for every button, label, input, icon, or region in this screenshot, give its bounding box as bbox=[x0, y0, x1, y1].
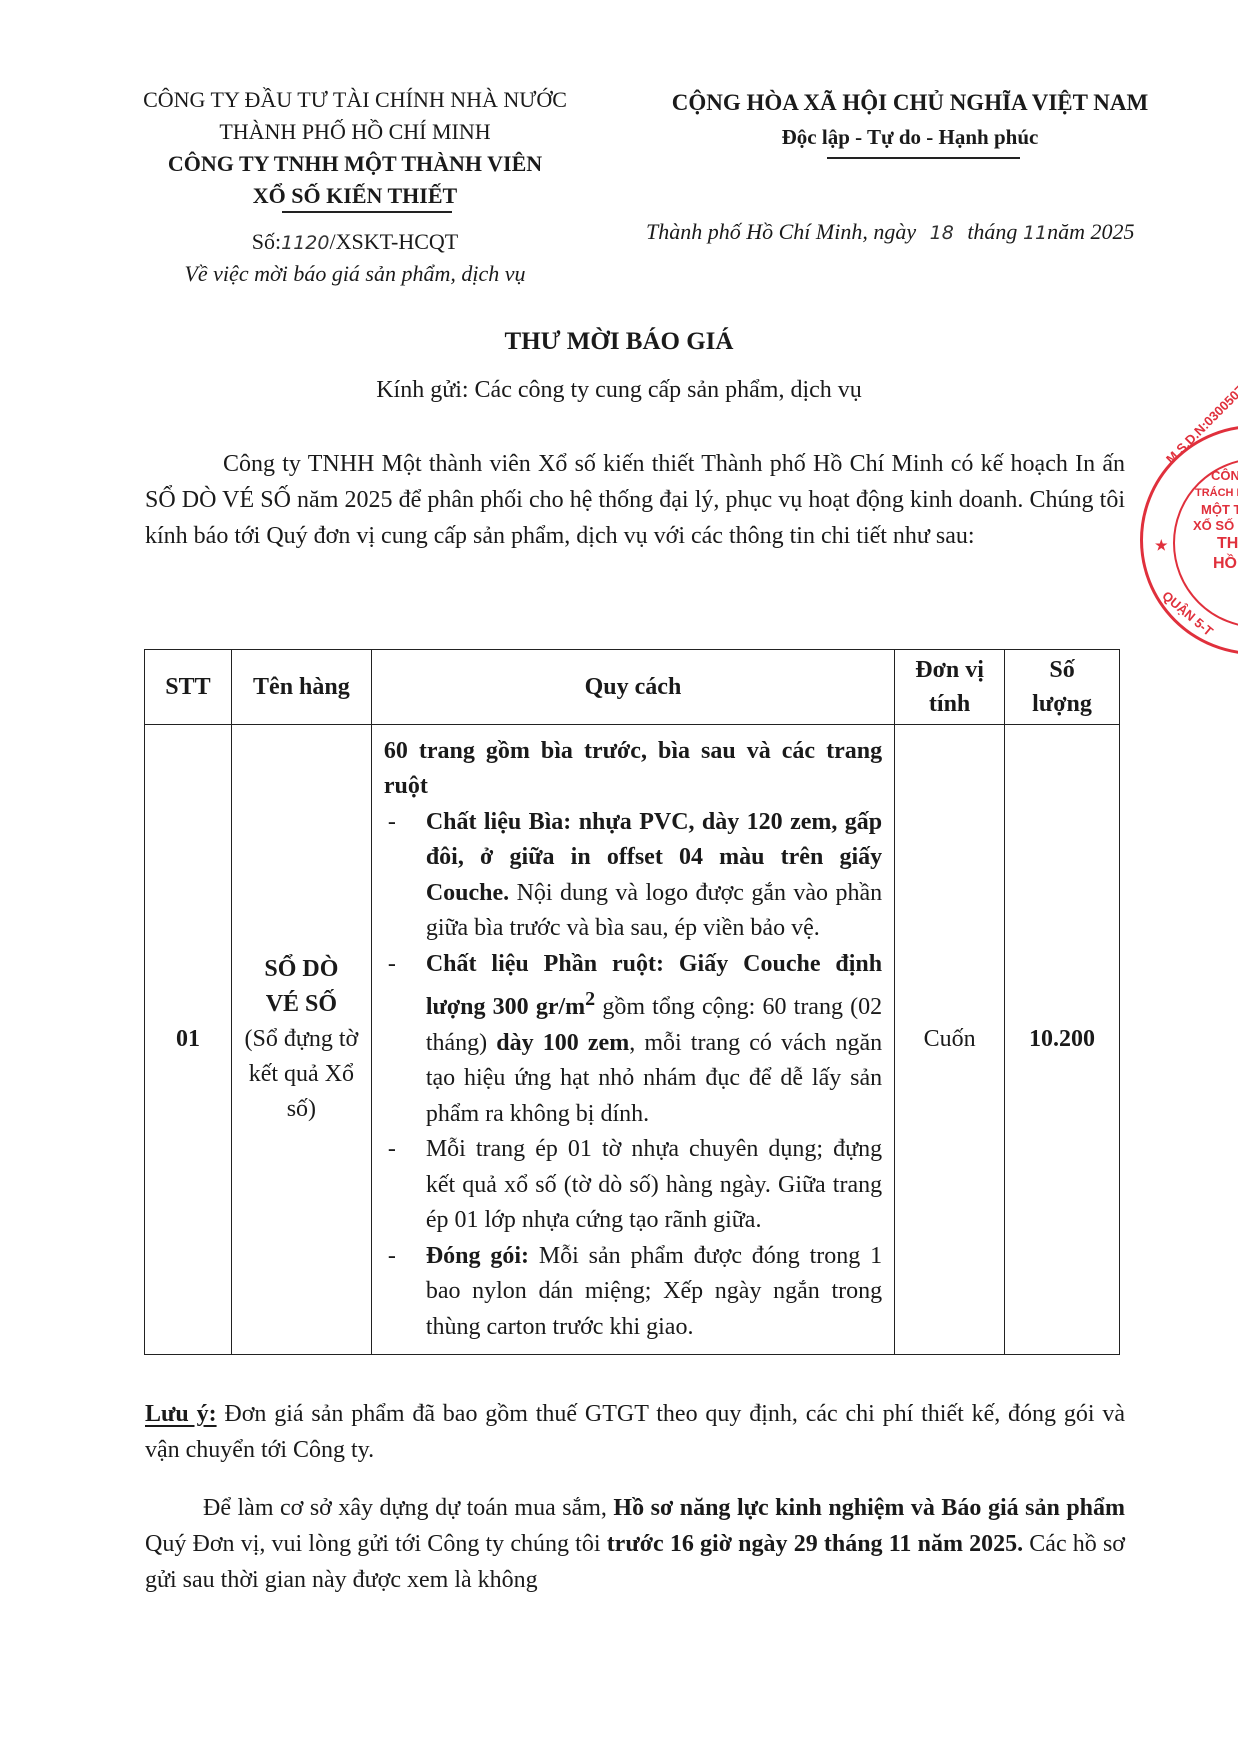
col-qty: Sốlượng bbox=[1005, 650, 1120, 725]
col-unit-line-2: tính bbox=[903, 687, 996, 721]
spec-item: Mỗi trang ép 01 tờ nhựa chuyên dụng; đựn… bbox=[384, 1132, 882, 1239]
closing-text-1: Để làm cơ sở xây dựng dự toán mua sắm, bbox=[203, 1495, 613, 1521]
intro-paragraph: Công ty TNHH Một thành viên Xổ số kiến t… bbox=[145, 446, 1125, 554]
subject-line: Về việc mời báo giá sản phẩm, dịch vụ bbox=[110, 258, 600, 290]
spec-item: Chất liệu Phần ruột: Giấy Couche định lư… bbox=[384, 947, 882, 1133]
col-stt: STT bbox=[145, 650, 232, 725]
seal-line-2: TRÁCH NHIỆ bbox=[1195, 486, 1238, 501]
col-unit: Đơn vịtính bbox=[895, 650, 1005, 725]
number-suffix: /XSKT-HCQT bbox=[329, 229, 458, 254]
col-qty-line-1: Số bbox=[1013, 653, 1111, 687]
issuer-underline bbox=[282, 211, 452, 213]
row-unit: Cuốn bbox=[895, 725, 1005, 1355]
note-text: Đơn giá sản phẩm đã bao gồm thuế GTGT th… bbox=[145, 1401, 1125, 1463]
product-note: (Sổ đựng tờ kết quả Xổ số) bbox=[240, 1022, 363, 1127]
company-name-2: XỔ SỐ KIẾN THIẾT bbox=[110, 180, 600, 212]
product-name-1: SỔ DÒ bbox=[240, 952, 363, 987]
col-name: Tên hàng bbox=[231, 650, 371, 725]
row-spec: 60 trang gồm bìa trước, bìa sau và các t… bbox=[371, 725, 894, 1355]
motto-underline bbox=[827, 157, 1020, 159]
closing-bold-1: Hồ sơ năng lực kinh nghiệm và Báo giá sả… bbox=[613, 1495, 1125, 1521]
handwritten-month: 11 bbox=[1023, 222, 1047, 244]
note-label: Lưu ý: bbox=[145, 1401, 217, 1427]
document-title: THƯ MỜI BÁO GIÁ bbox=[0, 328, 1238, 356]
spec-lead: 60 trang gồm bìa trước, bìa sau và các t… bbox=[384, 734, 882, 805]
spec-item: Đóng gói: Mỗi sản phẩm được đóng trong 1… bbox=[384, 1239, 882, 1346]
handwritten-day: 18 bbox=[930, 222, 954, 244]
seal-line-6: HỒ C bbox=[1213, 556, 1238, 571]
date-line: Thành phố Hồ Chí Minh, ngày 18 tháng 11n… bbox=[646, 219, 1186, 245]
spec-item-text: Mỗi trang ép 01 tờ nhựa chuyên dụng; đựn… bbox=[426, 1136, 882, 1233]
row-qty: 10.200 bbox=[1005, 725, 1120, 1355]
closing-paragraph: Để làm cơ sở xây dựng dự toán mua sắm, H… bbox=[145, 1490, 1125, 1598]
product-name-2: VÉ SỐ bbox=[240, 987, 363, 1022]
row-name: SỔ DÒ VÉ SỐ (Sổ đựng tờ kết quả Xổ số) bbox=[231, 725, 371, 1355]
seal-line-3: MỘT THÀ bbox=[1201, 502, 1238, 517]
table-row: 01 SỔ DÒ VÉ SỐ (Sổ đựng tờ kết quả Xổ số… bbox=[145, 725, 1120, 1355]
closing-text-2: Quý Đơn vị, vui lòng gửi tới Công ty chú… bbox=[145, 1531, 607, 1557]
month-label: tháng bbox=[967, 219, 1017, 244]
spec-list: Chất liệu Bìa: nhựa PVC, dày 120 zem, gấ… bbox=[384, 805, 882, 1346]
document-number: Số:1120/XSKT-HCQT bbox=[110, 226, 600, 259]
company-seal: M.S.D.N:0300507 CÔNG TRÁCH NHIỆ MỘT THÀ … bbox=[1140, 425, 1238, 655]
row-stt: 01 bbox=[145, 725, 232, 1355]
year-label: năm 2025 bbox=[1047, 219, 1134, 244]
national-header: CỘNG HÒA XÃ HỘI CHỦ NGHĨA VIỆT NAM Độc l… bbox=[640, 86, 1180, 154]
col-spec: Quy cách bbox=[371, 650, 894, 725]
spec-item-sup: 2 bbox=[585, 988, 595, 1010]
closing-deadline: trước 16 giờ ngày 29 tháng 11 năm 2025. bbox=[607, 1531, 1023, 1557]
issuer-block: CÔNG TY ĐẦU TƯ TÀI CHÍNH NHÀ NƯỚC THÀNH … bbox=[110, 84, 600, 212]
number-label: Số: bbox=[252, 229, 281, 254]
spec-item-bold: Đóng gói: bbox=[426, 1243, 529, 1269]
seal-line-5: THÀ bbox=[1217, 536, 1238, 551]
table-header-row: STT Tên hàng Quy cách Đơn vịtính Sốlượng bbox=[145, 650, 1120, 725]
col-unit-line-1: Đơn vị bbox=[903, 653, 996, 687]
note-paragraph: Lưu ý: Đơn giá sản phẩm đã bao gồm thuế … bbox=[145, 1396, 1125, 1468]
parent-org: CÔNG TY ĐẦU TƯ TÀI CHÍNH NHÀ NƯỚC bbox=[110, 84, 600, 116]
company-name: CÔNG TY TNHH MỘT THÀNH VIÊN bbox=[110, 148, 600, 180]
product-table: STT Tên hàng Quy cách Đơn vịtính Sốlượng… bbox=[144, 649, 1120, 1355]
handwritten-number: 1120 bbox=[281, 232, 329, 254]
seal-line-1: CÔNG bbox=[1211, 468, 1238, 483]
country-name: CỘNG HÒA XÃ HỘI CHỦ NGHĨA VIỆT NAM bbox=[640, 86, 1180, 120]
date-prefix: Thành phố Hồ Chí Minh, ngày bbox=[646, 219, 916, 244]
col-qty-line-2: lượng bbox=[1013, 687, 1111, 721]
recipient-line: Kính gửi: Các công ty cung cấp sản phẩm,… bbox=[0, 377, 1238, 404]
parent-org-city: THÀNH PHỐ HỒ CHÍ MINH bbox=[110, 116, 600, 148]
motto: Độc lập - Tự do - Hạnh phúc bbox=[640, 120, 1180, 154]
spec-item: Chất liệu Bìa: nhựa PVC, dày 120 zem, gấ… bbox=[384, 805, 882, 947]
seal-star-icon: ★ bbox=[1155, 538, 1168, 553]
spec-item-bold-2: dày 100 zem bbox=[496, 1030, 629, 1056]
seal-line-4: XỔ SỐ K bbox=[1193, 518, 1238, 533]
